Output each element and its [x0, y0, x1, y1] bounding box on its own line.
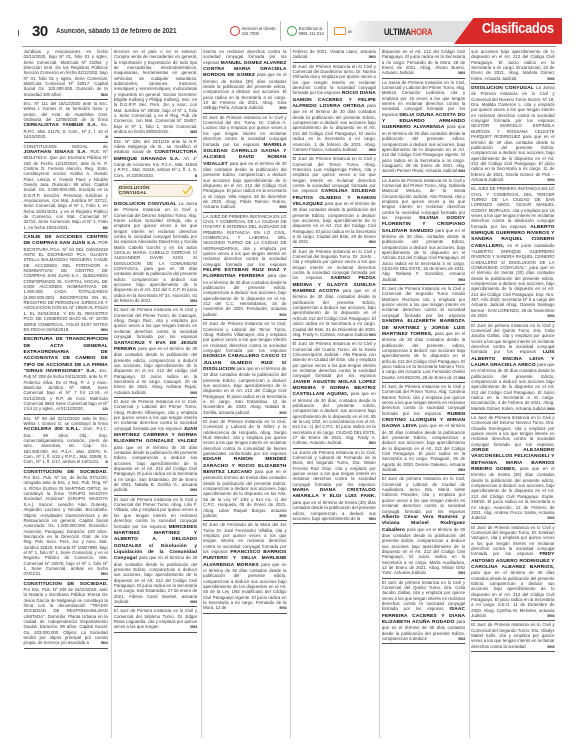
notice-body: para que en el término de 30 días contad…: [203, 273, 286, 316]
classified-notice: El Juez de Primera Instancia en lo Civil…: [293, 248, 376, 341]
notice-code: 5903: [278, 205, 286, 210]
notice-text: El Juez de Primera Instancia en lo Civil…: [114, 307, 197, 339]
notice-text: El Juez de Primera Instancia en lo Civil…: [203, 321, 286, 353]
notice-body: para que en el término de 30 días contad…: [382, 527, 465, 576]
notice-party-names: MARIA DIANA CRISTALDO AMARILLA Y ELGI LU…: [293, 488, 376, 499]
notice-text: LA JUEZ DE PRIMERA INSTANCIA EN LO CIVIL…: [203, 214, 286, 267]
classified-notice: terceros en el país o en el exterior: Co…: [114, 48, 197, 138]
notice-code: 5903: [278, 313, 286, 318]
notice-text: El Juez de Primera Instancia en lo Civil…: [203, 419, 286, 456]
classified-notice: El Juez de Primera Instancia en lo Civil…: [382, 383, 465, 476]
notice-code: 5903: [457, 376, 465, 381]
classified-notice: El Juez de Primera Instancia en lo Civil…: [114, 306, 197, 398]
contact-phone[interactable]: Atención al cliente:415 7000: [230, 21, 281, 41]
notice-text: EL JUEZ DE PRIMERA INSTANCIA EN LO CIVIL…: [471, 186, 554, 228]
classified-notice: El Juez de Primera Instancia en lo Civil…: [293, 63, 376, 156]
notice-body: para que en el perentorio término de tre…: [203, 469, 286, 518]
header-rule: [22, 46, 556, 47]
classified-notice: El Juez de Primera Instancia en lo Civil…: [203, 114, 286, 213]
notice-body: para que en el término de treinta (30) d…: [293, 500, 376, 521]
notice-code: 5903: [368, 441, 376, 446]
notice-body: La Jueza de Primera Instancia en lo Civi…: [471, 85, 554, 182]
classified-notice: El Juez de Primera Instancia en lo Civil…: [114, 496, 197, 608]
ultimahora-logo: ULTIMAHORA: [384, 27, 432, 37]
notice-code: 5903: [189, 391, 197, 396]
page-header: 30 Asunción, sábado 13 de febrero de 202…: [18, 18, 562, 44]
notice-body: Esc. Pub Nº 208 de fecha 04/11/2020, ant…: [24, 368, 108, 411]
logo-prefix: ULTIMA: [384, 27, 411, 37]
notice-text: La Jueza de Primera Instancia en lo Civi…: [382, 178, 465, 220]
notice-code: B: [105, 460, 108, 465]
classified-notice: El Juez de primera Instancia en lo Civil…: [382, 475, 465, 578]
column-4: Febrero de 2021. Viviana Llano, actuaria…: [290, 48, 377, 738]
column-1: Jurídicas y Asociaciones en fecha 02/12/…: [22, 48, 109, 738]
classified-notice: El Juez de Primera Instancia en lo Civil…: [293, 155, 376, 248]
notice-code: 5903: [368, 333, 376, 338]
notice-code: 5903: [546, 516, 554, 521]
notice-code: 5903: [278, 514, 286, 519]
classified-notice: El Juez de Primera Instancia en lo Civil…: [471, 524, 554, 622]
contact-phone-number: 415 7000: [242, 31, 277, 36]
notice-body: para que en el término de 30 días contad…: [203, 366, 286, 415]
logo-suffix: HORA: [411, 27, 433, 37]
notice-body: para que en el término de 30 días contad…: [382, 124, 465, 173]
page-bottom-margin: [0, 740, 580, 756]
notice-text: El Juez de Primera Instancia en lo Civil…: [382, 286, 465, 318]
notice-code: 5903: [368, 148, 376, 153]
notice-code: 5903: [100, 641, 108, 646]
section-badge-label: DISOLUCIÓN CONYUGAL: [119, 185, 177, 195]
notice-text: El Juez de Primera Instancia en lo Civil…: [293, 341, 376, 378]
notice-code: 5903: [278, 411, 286, 416]
classified-notice: El Juez de Primera Instancia en lo Civil…: [471, 621, 554, 652]
notice-code: 5903: [100, 572, 108, 577]
classified-notice: La Jueza de Primera Instancia en lo Civi…: [382, 177, 465, 286]
notice-party-names: CANJE DE ACCIONES CENTRO DE COMPRAS SAN …: [24, 235, 108, 246]
notice-code: 5903: [189, 488, 197, 493]
notice-body: Por Esc. Pub. Nº 52, de fecha 07/12/20, …: [24, 475, 108, 576]
notice-party-names: ACCELERA 300 S.R.L.: [24, 427, 84, 432]
classified-notice: Febrero de 2021. Viviana Llano, actuaria…: [293, 48, 376, 63]
notice-code: 5903: [546, 77, 554, 82]
notice-code: 5903: [368, 240, 376, 245]
classified-notice: La Juez de Primera Instancia en lo Civil…: [471, 414, 554, 524]
notice-code: 5903: [546, 178, 554, 183]
classified-notice: DISOLUCION CONYUGAL La Jueza de Primera …: [114, 200, 197, 307]
notice-body: para que en el término de 30 días contad…: [471, 362, 554, 411]
notice-text: Esc. Nº 111 del 16/12/2020 ante la Esc. …: [24, 101, 108, 122]
notice-code: 220: [102, 407, 108, 412]
column-3: intento en reclamar derechos contra la s…: [201, 48, 288, 738]
margin-tick: [18, 30, 19, 36]
classified-notice: EL JUEZ DE PRIMERA INSTANCIA EN LO CIVIL…: [471, 185, 554, 321]
notice-code: 5903: [368, 517, 376, 522]
notice-code: 5903: [546, 645, 554, 650]
whatsapp-icon: [287, 26, 297, 36]
notice-code: 5903: [457, 468, 465, 473]
notice-text: CONSTITUCION SOCIAL de: [24, 144, 108, 149]
notice-text: La Jueza de Primera Instancia en lo Civi…: [382, 80, 465, 117]
classified-notice: El Juez de primera Instancia en lo Civil…: [382, 579, 465, 645]
classified-notice: ESCRITURA DE TRANSCRIPCION DE ACTA GENER…: [24, 335, 108, 414]
notice-body: para que en el término de 30 días contad…: [203, 161, 286, 210]
notice-code: 5903: [457, 278, 465, 283]
notice-text: Esc. Nº 99 del 02/12/2020 ante la Esc. W…: [24, 416, 108, 426]
column-2: terceros en el país o en el exterior: Co…: [111, 48, 198, 738]
classified-notice: El Juez de Fernando de la Mora del 1er T…: [203, 521, 286, 614]
notice-code: 5825: [189, 130, 197, 135]
notice-party-names: ESCRITURA DE TRANSCRIPCION DE ACTA GENER…: [24, 337, 108, 374]
notice-party-names: CEREALISTAS YAMBUE S.A.: [24, 123, 101, 128]
classified-notice: El Juez de Primera Instancia en lo Civil…: [114, 607, 197, 632]
notice-body: para que en el término de treinta (30) d…: [471, 466, 554, 520]
classified-notice: CANJE DE ACCIONES CENTRO DE COMPRAS SAN …: [24, 233, 108, 335]
publication-date: Asunción, sábado 13 de febrero de 2021: [56, 28, 176, 35]
notice-code: MD: [102, 226, 108, 231]
notice-body: para que en el término de 30 días contad…: [114, 346, 197, 395]
notice-text: dispuesto en el Art. 212 del Código Civi…: [382, 49, 465, 75]
notice-code: 5903: [100, 328, 108, 333]
notice-code: 5903: [546, 407, 554, 412]
classified-notice: DISOLUCION CONYUGAL La Jueza de Primera …: [471, 84, 554, 185]
notice-code: 5903: [457, 71, 465, 76]
classified-notice: CONSTITUCION DE SOCIEDAD. Por Esc. Pub. …: [24, 580, 108, 649]
notice-body: para que en el término de 30 días contad…: [471, 570, 554, 618]
notice-code: 5903: [457, 637, 465, 642]
classified-notice: dispuesto en el Art. 212 del Código Civi…: [382, 48, 465, 79]
phone-icon: [230, 26, 240, 36]
notice-body: para que en el término de 30 días, conta…: [293, 288, 376, 337]
classified-notice: El Juez de Primera Instancia en lo Civil…: [203, 418, 286, 521]
notice-party-names: CONSTITUCION DE SOCIEDAD.: [24, 470, 108, 475]
notice-code: 5903: [189, 299, 197, 304]
classified-notice: La Jueza de Primera Instancia en lo Civi…: [293, 449, 376, 524]
classified-notice: LA JUEZ DE PRIMERA INSTANCIA EN LO CIVIL…: [203, 213, 286, 321]
notice-body: para que en el término de 30 días contad…: [203, 562, 286, 611]
notice-code: B: [194, 174, 197, 179]
notice-party-names: JONATHAN ISNAAS S.A.: [24, 150, 91, 155]
notice-code: 5903: [546, 314, 554, 319]
classifieds-columns: Jurídicas y Asociaciones en fecha 02/12/…: [22, 48, 556, 738]
notice-body: para que en el término de 30 días contad…: [114, 445, 197, 493]
notice-party-names: DISOLUCION CONYUGAL: [471, 86, 536, 91]
classified-notice: CONSTITUCION SOCIAL de JONATHAN ISNAAS S…: [24, 143, 108, 234]
column-6: sus acciones bajo apercibimiento de lo d…: [469, 48, 556, 738]
notice-body: para que en el término de 30 días contad…: [382, 331, 465, 380]
notice-body: para que en el término de 30 días contad…: [114, 555, 197, 604]
classified-notice: Esc. Nº 111 del 16/12/2020 ante la Esc. …: [24, 100, 108, 142]
classified-notice: Jurídicas y Asociaciones en fecha 02/12/…: [24, 48, 108, 100]
contact-whatsapp-number: 0981 111 013: [299, 31, 324, 36]
notice-code: 5825: [100, 93, 108, 98]
notice-text: Jurídicas y Asociaciones en fecha 02/12/…: [24, 49, 108, 97]
notice-text: El Juez de Primera Instancia en lo Civil…: [114, 608, 197, 629]
notice-text: El Juez de Primera Instancia en lo Civil…: [293, 156, 376, 193]
notice-code: 5903: [278, 106, 286, 111]
notice-party-names: CONSTITUCION DE SOCIEDAD.: [24, 582, 108, 587]
classified-notice: sus acciones bajo apercibimiento de lo d…: [471, 48, 554, 84]
notice-text: Febrero de 2021. Viviana Llano, actuaria…: [293, 49, 376, 59]
notice-body: para que en el término de 30 días, conta…: [382, 228, 465, 282]
notice-body: Por Esc. Pub. Nº 200 de 24/10/2019, ante…: [24, 587, 108, 645]
notice-text: terceros en el país o en el exterior: Co…: [114, 49, 197, 134]
notice-body: para que en el término de 30 días contad…: [293, 201, 376, 244]
classified-notice: Esc. Nº 99 del 02/12/2020 ante la Esc. W…: [24, 415, 108, 468]
classified-notice: Esc. Nº 329, del 22/11/19 ante la N.P. A…: [114, 138, 197, 181]
column-5: dispuesto en el Art. 212 del Código Civi…: [379, 48, 466, 738]
notice-text: La Jueza de Primera Instancia en lo Civi…: [293, 450, 376, 487]
notice-code: 5903: [278, 606, 286, 611]
notice-text: La Juez de Primera Instancia en lo Civil…: [471, 415, 554, 447]
classified-notice: El Juez de Primera Instancia en lo Civil…: [293, 340, 376, 449]
page-number: 30: [32, 23, 48, 40]
brand-banner: ULTIMAHORA Clasificados: [346, 18, 562, 44]
section-badge-disolucion-conyugal: DISOLUCIÓN CONYUGAL: [118, 184, 193, 197]
check-icon: [183, 186, 193, 195]
notice-body: para que en el término de 30 días contad…: [293, 103, 376, 152]
notice-party-names: DISOLUCION CONYUGAL: [114, 202, 179, 207]
notice-body: para que en el término de 30 días, conta…: [293, 391, 376, 445]
notice-code: 5903: [368, 55, 376, 60]
notice-body: para que en el término de treinta (30) d…: [203, 72, 286, 110]
classified-notice: El Juez de Primera Instancia en lo Civil…: [203, 320, 286, 418]
classified-notice: El Juez de Primera Instancia en lo Civil…: [382, 285, 465, 383]
notice-text: El Juez de Primera Instancia en lo Civil…: [471, 622, 554, 648]
classified-notice: CONSTITUCION DE SOCIEDAD. Por Esc. Pub. …: [24, 468, 108, 580]
classified-notice: La Jueza de Primera Instancia en lo Civi…: [382, 79, 465, 177]
notice-code: 5903: [457, 169, 465, 174]
notice-body: en el juicio caratulado "ALBERTO ENRIQUE…: [471, 243, 554, 318]
notice-code: 5903: [546, 614, 554, 619]
notice-code: 5903: [457, 571, 465, 576]
notice-code: 5903: [189, 600, 197, 605]
notice-body: RUC Nº 80114763-0. Que por Escritura Púb…: [24, 149, 108, 230]
classified-notice: El Juez de primera instancia en lo Civil…: [471, 322, 554, 415]
notice-text: sus acciones bajo apercibimiento de lo d…: [471, 49, 554, 81]
notice-body: POR ESCRITURA PCA. Nº 04 DEL 04/04/2019 …: [24, 240, 108, 332]
notice-body: La Jueza de Primera Instancia en lo Civi…: [114, 201, 197, 303]
notice-text: El Juez de primera Instancia en lo Civil…: [382, 476, 465, 513]
mail-icon: [334, 27, 346, 35]
notice-body: Dom. P.J.C. Dur.: 99 años. Obj.: Exp. co…: [24, 426, 108, 464]
notice-body: para que en el término de 30 días contad…: [382, 423, 465, 472]
classified-notice: intento en reclamar derechos contra la s…: [203, 48, 286, 114]
notice-code: B: [105, 135, 108, 140]
classified-notice: El Juez de Primera Instancia en lo Civil…: [114, 398, 197, 496]
section-title: Clasificados: [482, 21, 554, 37]
notice-code: 5903: [189, 625, 197, 630]
contact-whatsapp[interactable]: Escribinos al0981 111 013: [287, 21, 328, 41]
